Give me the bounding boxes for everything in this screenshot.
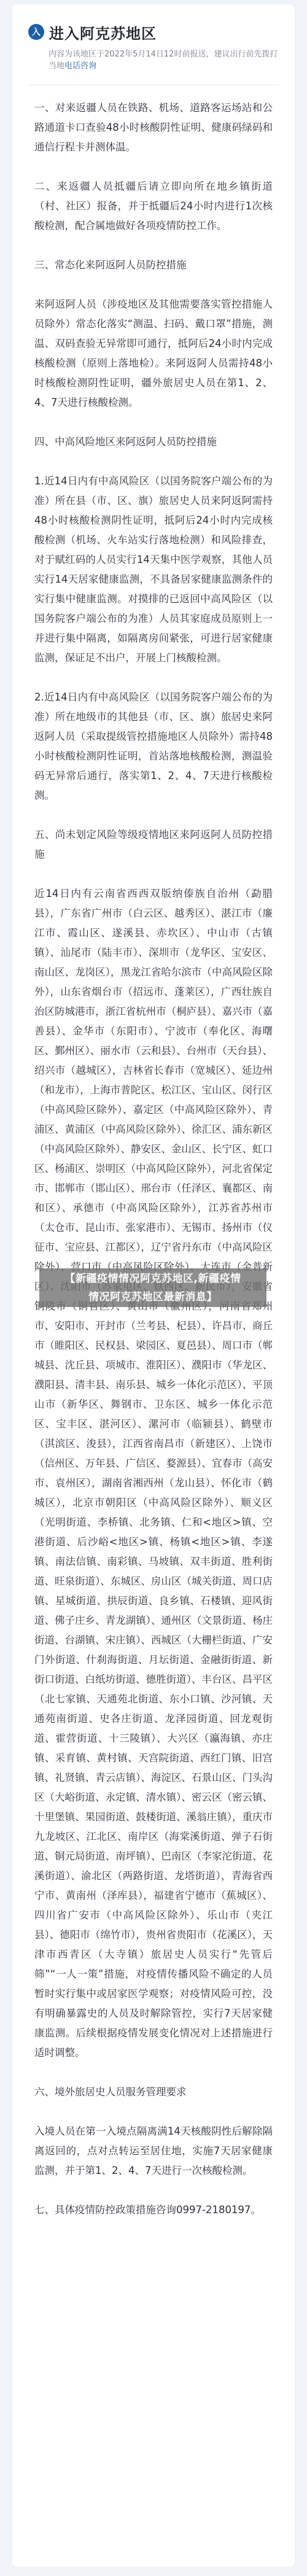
policy-paragraph-4-1: 1.近14日内有中高风险区（以国务院客户端公布的为准）所在县（市、区、旗）旅居史… (34, 471, 273, 668)
page-title: 进入阿克苏地区 (49, 21, 157, 43)
section-heading-3: 三、常态化来阿返阿人员防控措施 (34, 255, 273, 275)
policy-paragraph-1: 一、对来返疆人员在铁路、机场、道路客运场站和公路通道卡口查验48小时核酸阴性证明… (34, 98, 273, 157)
caption-line-2: 情况阿克苏地区最新消息】 (39, 1288, 266, 1306)
caption-watermark: 【新疆疫情情况阿克苏地区,新疆疫情 情况阿克苏地区最新消息】 (39, 1268, 266, 1307)
report-note: 内容为该地区于2022年5月14日12时前报送，建议出行前先拨打当地电话咨询 (49, 48, 279, 72)
policy-paragraph-4-2: 2.近14日内有中高风险区（以国务院客户端公布的为准）所在地级市的其他县（市、区… (34, 688, 273, 805)
policy-paragraph-6: 入境人员在第一入境点隔离满14天核酸阴性后解除隔离返回的，点对点转运至居住地，实… (34, 2122, 273, 2181)
divider (28, 85, 279, 85)
enter-icon: 入 (28, 24, 44, 40)
title-row: 入 进入阿克苏地区 (28, 21, 279, 42)
policy-paragraph-7: 七、具体疫情防控政策措施咨询0997-2180197。 (34, 2200, 273, 2220)
section-heading-4: 四、中高风险地区来阿返阿人员防控措施 (34, 432, 273, 452)
phone-consult-link[interactable]: 电话咨询 (64, 61, 96, 71)
card-header: 入 进入阿克苏地区 内容为该地区于2022年5月14日12时前报送，建议出行前先… (28, 21, 279, 72)
policy-paragraph-5: 近14日内有云南省西西双版纳傣族自治州（勐腊县），广东省广州市（白云区、越秀区）… (34, 884, 273, 2063)
policy-paragraph-2: 二、来返疆人员抵疆后请立即向所在地乡镇街道（村、社区）报备，并于抵疆后24小时内… (34, 177, 273, 236)
policy-content: 一、对来返疆人员在铁路、机场、道路客运场站和公路通道卡口查验48小时核酸阴性证明… (34, 98, 273, 2240)
caption-line-1: 【新疆疫情情况阿克苏地区,新疆疫情 (39, 1270, 266, 1288)
section-heading-6: 六、境外旅居史人员服务管理要求 (34, 2082, 273, 2102)
policy-paragraph-3: 来阿返阿人员（涉疫地区及其他需要落实管控措施人员除外）常态化落实“测温、扫码、戴… (34, 295, 273, 413)
section-heading-5: 五、尚未划定风险等级疫情地区来阿返阿人员防控措施 (34, 825, 273, 864)
